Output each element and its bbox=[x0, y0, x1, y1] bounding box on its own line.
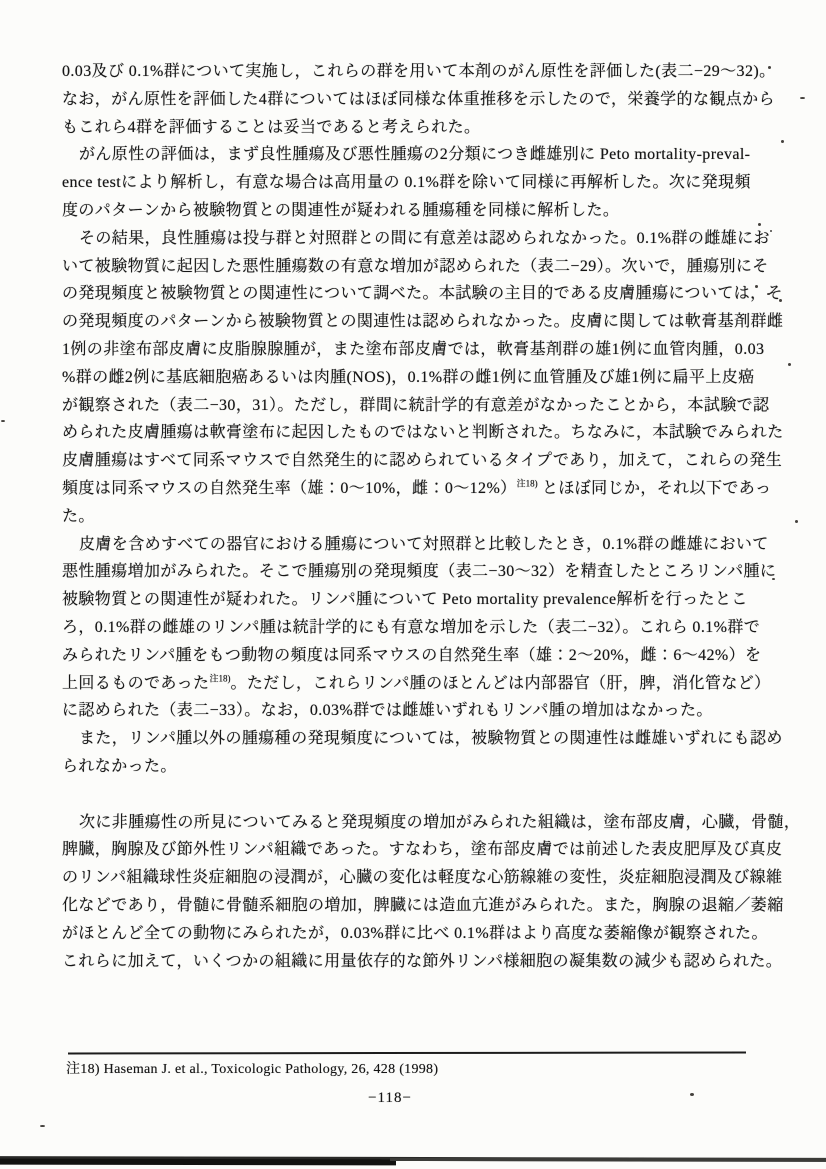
text-line: 皮膚を含めすべての器官における腫瘍について対照群と比較したとき，0.1%群の雌雄… bbox=[62, 531, 762, 559]
text-line: ろ，0.1%群の雌雄のリンパ腫は統計学的にも有意な増加を示した（表二−32）。こ… bbox=[62, 614, 762, 642]
page-number: −118− bbox=[0, 1090, 780, 1107]
text-segment: のリンパ組織球性炎症細胞の浸潤が，心臓の変化は軽度な心筋線維の変性，炎症細胞浸潤… bbox=[62, 869, 782, 886]
text-line: その結果，良性腫瘍は投与群と対照群との間に有意差は認められなかった。0.1%群の… bbox=[62, 225, 762, 253]
scan-speckle bbox=[758, 223, 761, 226]
text-segment: 上回るものであった bbox=[62, 675, 209, 692]
text-line: 1例の非塗布部皮膚に皮脂腺腺腫が，また塗布部皮膚では，軟膏基剤群の雄1例に血管肉… bbox=[62, 336, 762, 364]
text-line: 化などであり，骨髄に骨髄系細胞の増加，脾臓には造血亢進がみられた。また，胸腺の退… bbox=[62, 892, 762, 920]
text-line: また，リンパ腫以外の腫瘍種の発現頻度については，被験物質との関連性は雌雄いずれに… bbox=[62, 725, 762, 753]
text-line: %群の雌2例に基底細胞癌あるいは肉腫(NOS)，0.1%群の雌1例に血管腫及び雄… bbox=[62, 364, 762, 392]
scanned-page: 0.03及び 0.1%群について実施し，これらの群を用いて本剤のがん原性を評価し… bbox=[0, 0, 826, 1169]
text-line: がん原性の評価は，まず良性腫瘍及び悪性腫瘍の2分類につき雌雄別に Peto mo… bbox=[62, 141, 762, 169]
scan-speckle bbox=[690, 1093, 694, 1096]
text-line: められた皮膚腫瘍は軟膏塗布に起因したものではないと判断された。ちなみに，本試験で… bbox=[62, 419, 762, 447]
scan-speckle bbox=[779, 299, 782, 302]
text-segment: これらに加えて，いくつかの組織に用量依存的な節外リンパ様細胞の凝集数の減少も認め… bbox=[62, 953, 782, 970]
text-line: のリンパ組織球性炎症細胞の浸潤が，心臓の変化は軽度な心筋線維の変性，炎症細胞浸潤… bbox=[62, 864, 762, 892]
text-segment: た。 bbox=[62, 508, 95, 525]
text-segment: 0.03及び 0.1%群について実施し，これらの群を用いて本剤のがん原性を評価し… bbox=[62, 63, 776, 80]
text-segment: められた皮膚腫瘍は軟膏塗布に起因したものではないと判断された。ちなみに，本試験で… bbox=[62, 424, 784, 441]
footnote-ref: 注18) bbox=[517, 479, 538, 489]
text-segment: が観察された（表二−30，31）。ただし，群間に統計学的有意差がなかったことから… bbox=[62, 397, 769, 414]
text-line: 次に非腫瘍性の所見についてみると発現頻度の増加がみられた組織は，塗布部皮膚，心臓… bbox=[62, 809, 762, 837]
text-segment: 1例の非塗布部皮膚に皮脂腺腺腫が，また塗布部皮膚では，軟膏基剤群の雄1例に血管肉… bbox=[62, 341, 764, 358]
text-segment: がほとんど全ての動物にみられたが，0.03%群に比べ 0.1%群はより高度な萎縮… bbox=[62, 925, 768, 942]
text-line: 度のパターンから被験物質との関連性が疑われる腫瘍種を同様に解析した。 bbox=[62, 197, 762, 225]
text-segment: がん原性の評価は，まず良性腫瘍及び悪性腫瘍の2分類につき雌雄別に Peto mo… bbox=[79, 146, 750, 163]
text-line: なお，がん原性を評価した4群についてはほぼ同様な体重推移を示したので，栄養学的な… bbox=[62, 86, 762, 114]
text-segment: %群の雌2例に基底細胞癌あるいは肉腫(NOS)，0.1%群の雌1例に血管腫及び雄… bbox=[62, 369, 755, 386]
text-segment: また，リンパ腫以外の腫瘍種の発現頻度については，被験物質との関連性は雌雄いずれに… bbox=[79, 730, 783, 747]
scan-speckle bbox=[770, 230, 772, 232]
text-line: 悪性腫瘍増加がみられた。そこで腫瘍別の発現頻度（表二−30〜32）を精査したとこ… bbox=[62, 558, 762, 586]
text-line: がほとんど全ての動物にみられたが，0.03%群に比べ 0.1%群はより高度な萎縮… bbox=[62, 920, 762, 948]
footnote: 注18) Haseman J. et al., Toxicologic Path… bbox=[66, 1058, 438, 1078]
text-line: 頻度は同系マウスの自然発生率（雄：0〜10%，雌：0〜12%）注18) とほぼ同… bbox=[62, 475, 762, 503]
text-segment: もこれら4群を評価することは妥当であると考えられた。 bbox=[62, 119, 480, 136]
text-segment: られなかった。 bbox=[62, 758, 177, 775]
scan-speckle bbox=[800, 97, 805, 99]
text-segment: 化などであり，骨髄に骨髄系細胞の増加，脾臓には造血亢進がみられた。また，胸腺の退… bbox=[62, 897, 784, 914]
scan-speckle bbox=[1, 420, 5, 422]
text-segment: 度のパターンから被験物質との関連性が疑われる腫瘍種を同様に解析した。 bbox=[62, 202, 619, 219]
text-segment: ろ，0.1%群の雌雄のリンパ腫は統計学的にも有意な増加を示した（表二−32）。こ… bbox=[62, 619, 760, 636]
text-segment: 頻度は同系マウスの自然発生率（雄：0〜10%，雌：0〜12%） bbox=[62, 480, 517, 497]
text-line: が観察された（表二−30，31）。ただし，群間に統計学的有意差がなかったことから… bbox=[62, 392, 762, 420]
text-segment: ence testにより解析し，有意な場合は高用量の 0.1%群を除いて同様に再… bbox=[62, 174, 751, 191]
text-line: 上回るものであった注18)。ただし，これらリンパ腫のほとんどは内部器官（肝，脾，… bbox=[62, 670, 762, 698]
text-segment: の発現頻度のパターンから被験物質との関連性は認められなかった。皮膚に関しては軟膏… bbox=[62, 313, 783, 330]
text-segment: 皮膚腫瘍はすべて同系マウスで自然発生的に認められているタイプであり，加えて，これ… bbox=[62, 452, 782, 469]
scan-speckle bbox=[781, 140, 784, 143]
text-segment: 。ただし，これらリンパ腫のほとんどは内部器官（肝，脾，消化管など） bbox=[230, 675, 770, 692]
text-line: 被験物質との関連性が疑われた。リンパ腫について Peto mortality p… bbox=[62, 586, 762, 614]
text-segment: 次に非腫瘍性の所見についてみると発現頻度の増加がみられた組織は，塗布部皮膚，心臓… bbox=[79, 814, 800, 831]
scan-speckle bbox=[795, 520, 798, 523]
scan-speckle bbox=[755, 285, 758, 288]
text-line: られなかった。 bbox=[62, 753, 762, 781]
text-segment: なお，がん原性を評価した4群についてはほぼ同様な体重推移を示したので，栄養学的な… bbox=[62, 91, 775, 108]
scan-edge-artifact bbox=[0, 1159, 396, 1166]
text-segment: その結果，良性腫瘍は投与群と対照群との間に有意差は認められなかった。0.1%群の… bbox=[79, 230, 770, 247]
text-segment: の発現頻度と被験物質との関連性について調べた。本試験の主目的である皮膚腫瘍につい… bbox=[62, 285, 783, 302]
text-line: ence testにより解析し，有意な場合は高用量の 0.1%群を除いて同様に再… bbox=[62, 169, 762, 197]
text-segment: みられたリンパ腫をもつ動物の頻度は同系マウスの自然発生率（雄：2〜20%，雌：6… bbox=[62, 647, 761, 664]
text-segment: に認められた（表二−33）。なお，0.03%群では雌雄いずれもリンパ腫の増加はな… bbox=[62, 702, 713, 719]
text-line: 0.03及び 0.1%群について実施し，これらの群を用いて本剤のがん原性を評価し… bbox=[62, 58, 762, 86]
scan-speckle bbox=[40, 1125, 45, 1127]
text-segment: いて被験物質に起因した悪性腫瘍数の有意な増加が認められた（表二−29）。次いで，… bbox=[62, 258, 769, 275]
text-line: みられたリンパ腫をもつ動物の頻度は同系マウスの自然発生率（雄：2〜20%，雌：6… bbox=[62, 642, 762, 670]
text-line: の発現頻度と被験物質との関連性について調べた。本試験の主目的である皮膚腫瘍につい… bbox=[62, 280, 762, 308]
scan-speckle bbox=[788, 363, 791, 366]
footnote-ref: 注18) bbox=[209, 673, 230, 683]
text-segment: 皮膚を含めすべての器官における腫瘍について対照群と比較したとき，0.1%群の雌雄… bbox=[79, 536, 769, 553]
text-segment: 被験物質との関連性が疑われた。リンパ腫について Peto mortality p… bbox=[62, 591, 748, 608]
footnote-separator bbox=[68, 1052, 746, 1055]
text-line bbox=[62, 781, 762, 809]
text-segment: とほぼ同じか，それ以下であっ bbox=[538, 480, 772, 497]
scan-speckle bbox=[768, 66, 771, 69]
text-line: た。 bbox=[62, 503, 762, 531]
text-segment: 脾臓，胸腺及び節外性リンパ組織であった。すなわち，塗布部皮膚では前述した表皮肥厚… bbox=[62, 841, 782, 858]
text-segment: 悪性腫瘍増加がみられた。そこで腫瘍別の発現頻度（表二−30〜32）を精査したとこ… bbox=[62, 563, 776, 580]
scan-speckle bbox=[772, 578, 775, 580]
text-line: これらに加えて，いくつかの組織に用量依存的な節外リンパ様細胞の凝集数の減少も認め… bbox=[62, 948, 762, 976]
text-line: の発現頻度のパターンから被験物質との関連性は認められなかった。皮膚に関しては軟膏… bbox=[62, 308, 762, 336]
text-line: 脾臓，胸腺及び節外性リンパ組織であった。すなわち，塗布部皮膚では前述した表皮肥厚… bbox=[62, 836, 762, 864]
text-line: 皮膚腫瘍はすべて同系マウスで自然発生的に認められているタイプであり，加えて，これ… bbox=[62, 447, 762, 475]
text-line: いて被験物質に起因した悪性腫瘍数の有意な増加が認められた（表二−29）。次いで，… bbox=[62, 253, 762, 281]
scan-edge-artifact bbox=[390, 1158, 826, 1161]
text-line: に認められた（表二−33）。なお，0.03%群では雌雄いずれもリンパ腫の増加はな… bbox=[62, 697, 762, 725]
text-body: 0.03及び 0.1%群について実施し，これらの群を用いて本剤のがん原性を評価し… bbox=[62, 58, 762, 975]
text-line: もこれら4群を評価することは妥当であると考えられた。 bbox=[62, 114, 762, 142]
scan-speckle bbox=[767, 293, 770, 295]
